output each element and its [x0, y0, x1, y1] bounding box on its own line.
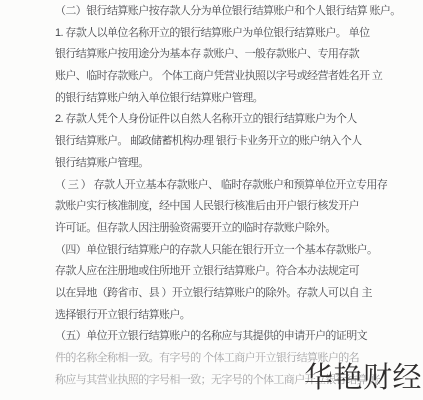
text-line: 许可证。但存款人因注册验资需要开立的临时存款账户除外。 [55, 218, 420, 240]
text-line: 账户、临时存款账户。 个体工商户凭营业执照以字号或经营者姓名开 立 [55, 66, 420, 88]
text-line: （二）银行结算账户按存款人分为单位银行结算账户和个人银行结算 账户。 [55, 1, 420, 23]
watermark: 华艳财经 [304, 355, 422, 396]
text-line: 2. 存款人凭个人身份证件以自然人名称开立的银行结算账户为个人 [55, 109, 420, 131]
text-line: 1. 存款人以单位名称开立的银行结算账户为单位银行结算账户。 单位 [55, 23, 420, 45]
text-line: 款账户实行核准制度，经中国 人民银行核准后由开户银行核发开户 [55, 196, 420, 218]
text-line: （ 三 ） 存款人开立基本存款账户、 临时存款账户和预算单位开立专用存 [55, 175, 420, 197]
text-line: 以在异地（跨省市、县 ）开立银行结算账户的除外。存款人可以自 主 [55, 283, 420, 305]
text-line: （五）单位开立银行结算账户的名称应与其提供的申请开户的证明文 [55, 326, 420, 348]
text-line: （四）单位银行结算账户的存款人只能在银行开立一个基本存款账户。 [55, 240, 420, 262]
text-line: 存款人应在注册地或住所地开 立银行结算账户。符合本办法规定可 [55, 261, 420, 283]
text-line: 银行结算账户按用途分为基本存 款账户、一般存款账户、专用存款 [55, 44, 420, 66]
document-page: （二）银行结算账户按存款人分为单位银行结算账户和个人银行结算 账户。1. 存款人… [0, 0, 423, 400]
text-line: 的银行结算账户纳入单位银行结算账户管理。 [55, 88, 420, 110]
text-line: 银行结算账户。 邮政储蓄机构办理 银行卡业务开立的账户纳入个人 [55, 131, 420, 153]
document-body: （二）银行结算账户按存款人分为单位银行结算账户和个人银行结算 账户。1. 存款人… [55, 1, 420, 391]
text-line: 银行结算账户管理。 [55, 153, 420, 175]
text-line: 选择银行开立银行结算账户。 [55, 305, 420, 327]
